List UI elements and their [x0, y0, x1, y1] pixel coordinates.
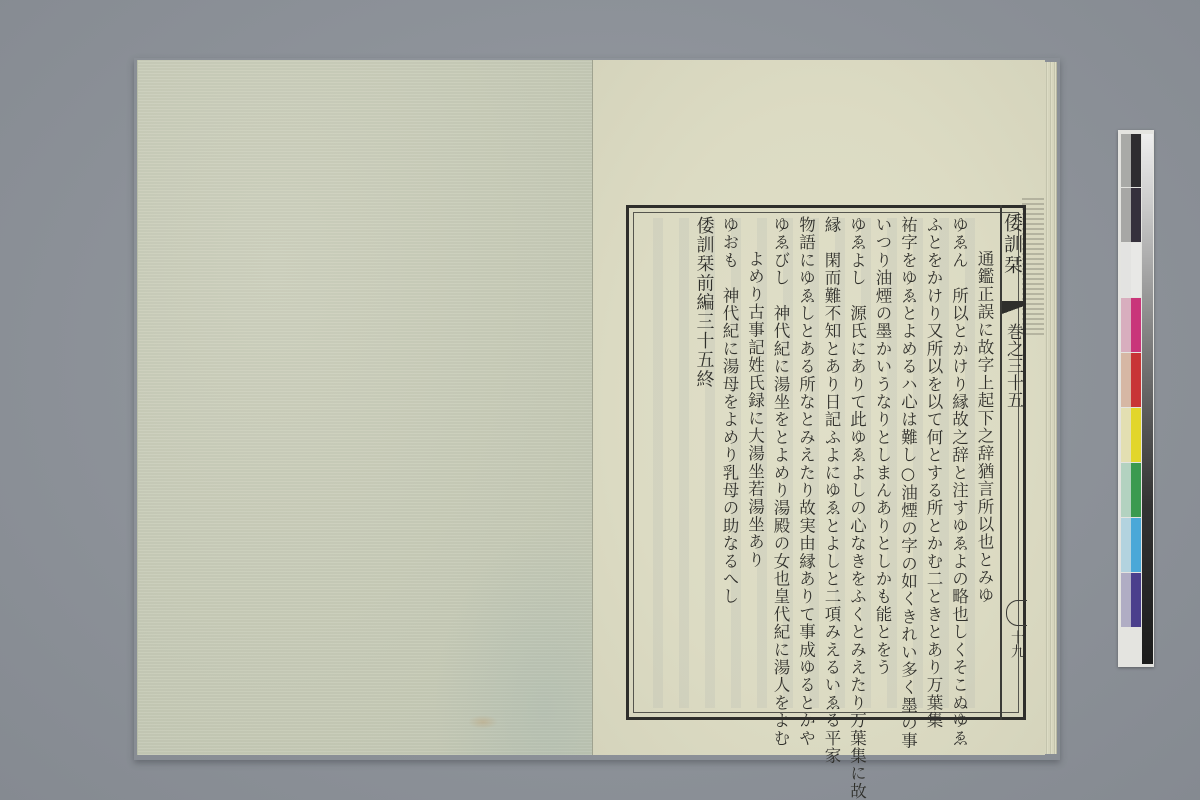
text-column: いつり油煙の墨かいうなりとしまんありとしかも能とをう	[870, 216, 896, 711]
swatch-pink-light	[1121, 298, 1131, 352]
swatch-yellow-light	[1121, 408, 1131, 462]
torn-edge-texture	[1022, 195, 1044, 335]
swatch-white	[1121, 243, 1131, 297]
swatch-green	[1131, 463, 1141, 517]
swatch-yellow	[1131, 408, 1141, 462]
swatch-violet	[1131, 573, 1141, 627]
swatch-green-light	[1121, 463, 1131, 517]
swatch-skin	[1121, 353, 1131, 407]
swatch-red	[1131, 353, 1141, 407]
swatch-white-2	[1131, 243, 1141, 297]
swatch-cyan	[1131, 518, 1141, 572]
fish-tail-lower-icon	[1006, 600, 1027, 626]
text-column: 祐字をゆゑとよめるハ心は難し○油煙の字の如くきれい多く墨の事	[895, 216, 921, 711]
swatch-gray-light	[1121, 134, 1131, 187]
text-column: 物語にゆゑしとある所なとみえたり故実由縁ありて事成ゆるとかや	[793, 216, 819, 711]
foxing-stain	[468, 715, 498, 729]
text-column: ゆゑびし 神代紀に湯坐をとよめり湯殿の女也皇代紀に湯人をよむ	[768, 216, 794, 711]
text-column: ゆゑよし 源氏にありて此ゆゑよしの心なきをふくとみえたり万葉集に故	[844, 216, 870, 711]
swatch-dark	[1131, 188, 1141, 242]
paper-discoloration	[433, 525, 593, 755]
text-column: 通鑑正誤に故字上起下之辞猶言所以也とみゆ	[972, 216, 998, 711]
gray-scale-strip	[1142, 134, 1153, 664]
text-column: 縁 閑而難不知とあり日記ふよにゆゑとよしと二項みえるいゑる平家	[819, 216, 845, 711]
text-column: ゆおも 神代紀に湯母をよめり乳母の助なるへし	[717, 216, 743, 711]
text-column: よめり古事記姓氏録に大湯坐若湯坐あり	[742, 216, 768, 711]
swatch-black	[1131, 134, 1141, 187]
colophon-line: 倭訓栞前編三十五終	[691, 216, 717, 711]
fish-tail-mark-icon	[1002, 301, 1024, 319]
left-page-endpaper	[137, 60, 593, 755]
text-body: 通鑑正誤に故字上起下之辞猶言所以也とみゆ ゆゑん 所以とかけり縁故之辞と注すゆゑ…	[639, 216, 997, 711]
color-calibration-chart	[1118, 130, 1154, 667]
swatch-magenta	[1131, 298, 1141, 352]
volume-label: 巻之三十五	[1004, 323, 1026, 408]
swatch-violet-light	[1121, 573, 1131, 627]
right-page: 通鑑正誤に故字上起下之辞猶言所以也とみゆ ゆゑん 所以とかけり縁故之辞と注すゆゑ…	[592, 60, 1045, 755]
page-number: 十九	[1005, 630, 1027, 658]
swatch-cyan-light	[1121, 518, 1131, 572]
swatch-gray	[1121, 188, 1131, 242]
text-column: ふとをかけり又所以を以て何とする所とかむ二ときとあり万葉集	[921, 216, 947, 711]
print-frame: 通鑑正誤に故字上起下之辞猶言所以也とみゆ ゆゑん 所以とかけり縁故之辞と注すゆゑ…	[626, 205, 1026, 720]
text-column: ゆゑん 所以とかけり縁故之辞と注すゆゑよの略也しくそこぬゆゑ	[946, 216, 972, 711]
